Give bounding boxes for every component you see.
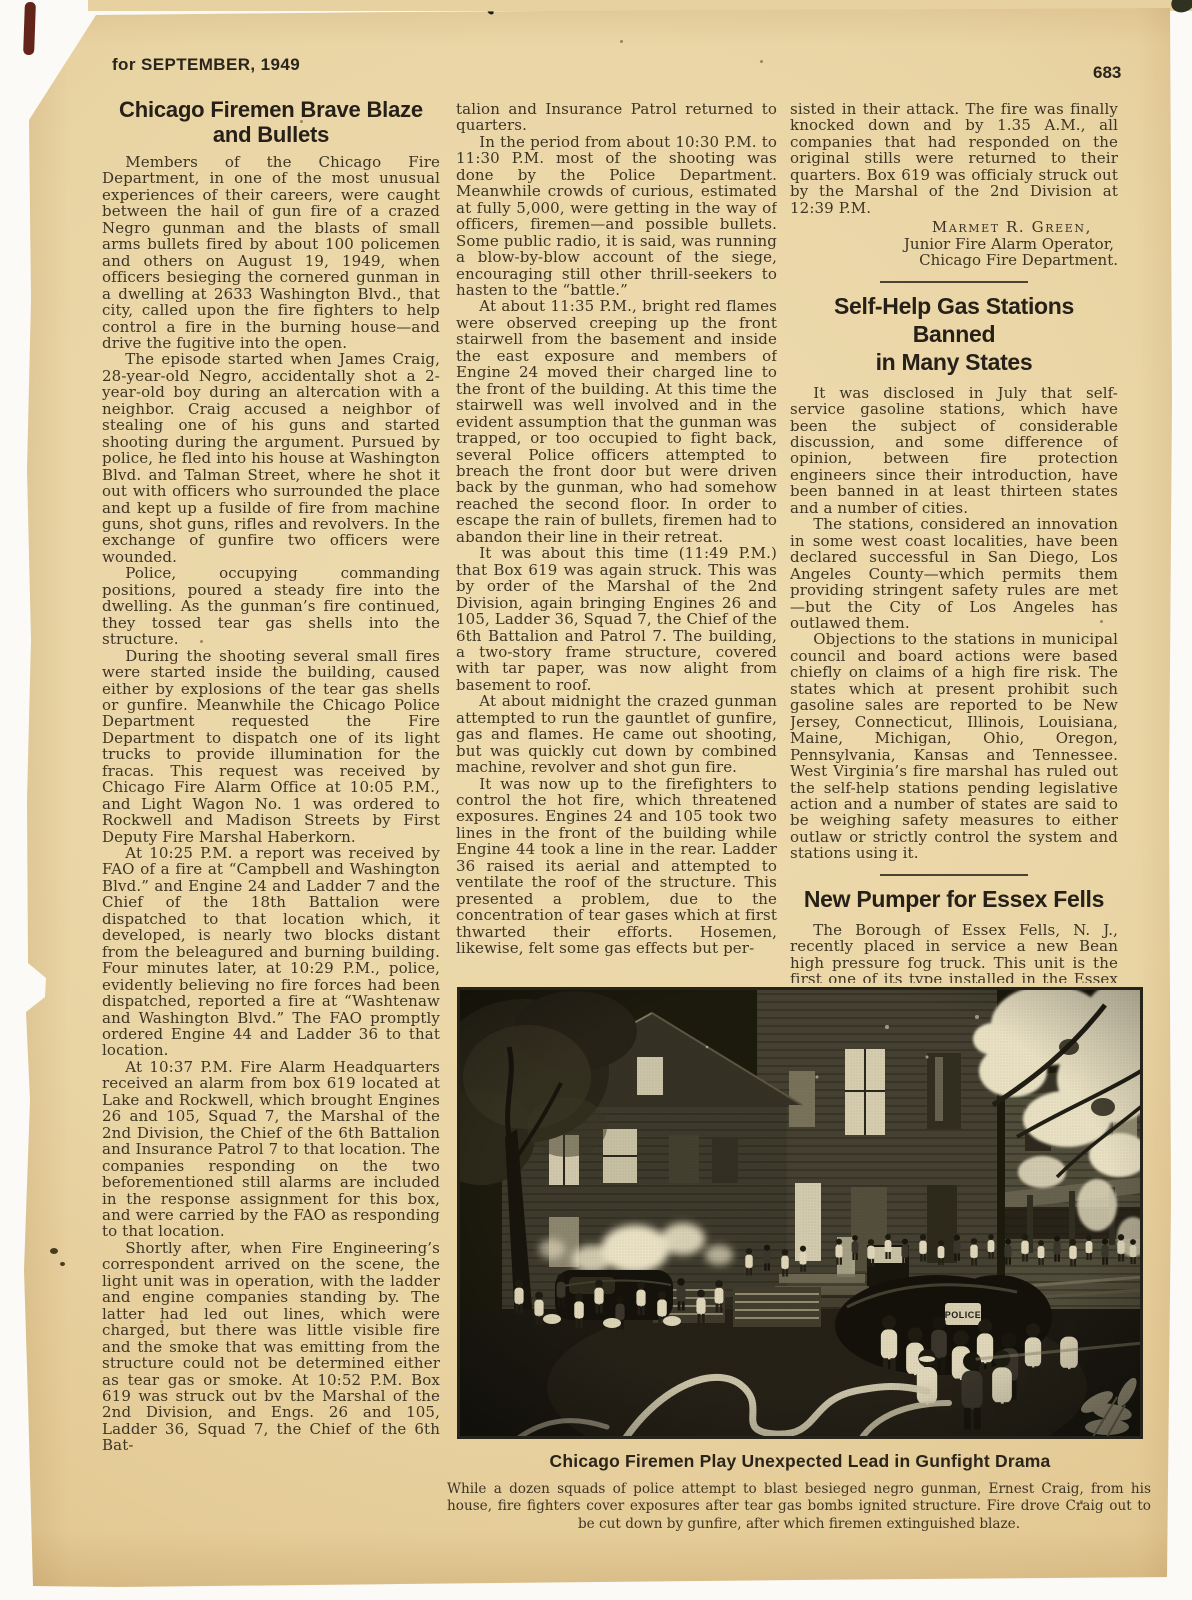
paragraph: The stations, considered an innovation i… — [790, 516, 1118, 631]
signature-organization: Chicago Fire Department. — [790, 252, 1118, 269]
article-title-gas-stations: Self-Help Gas Stations Bannedin Many Sta… — [790, 292, 1118, 376]
magazine-page: for SEPTEMBER, 1949 683 Chicago Firemen … — [0, 0, 1192, 1600]
paragraph: Shortly after, when Fire Engineering’s c… — [102, 1240, 440, 1454]
paragraph: At about midnight the crazed gunman atte… — [456, 693, 777, 775]
signature-name: Marmet R. Green, — [790, 219, 1118, 236]
gas-title-line2: in Many States — [876, 349, 1033, 375]
paper-dot — [620, 40, 623, 43]
signature-role: Junior Fire Alarm Operator, — [790, 236, 1118, 253]
column-2: talion and Insurance Patrol returned to … — [456, 101, 777, 983]
paragraph: At 10:37 P.M. Fire Alarm Headquarters re… — [102, 1059, 440, 1240]
column-3: sisted in their attack. The fire was fin… — [790, 101, 1118, 983]
section-divider — [880, 874, 1028, 876]
photo-caption-title: Chicago Firemen Play Unexpected Lead in … — [457, 1451, 1143, 1472]
paragraph: It was disclosed in July that self-servi… — [790, 385, 1118, 517]
issue-line: for SEPTEMBER, 1949 — [112, 55, 300, 75]
section-divider — [880, 281, 1028, 283]
gas-title-line1: Self-Help Gas Stations Banned — [834, 293, 1074, 347]
paragraph: The Borough of Essex Fells, N. J., recen… — [790, 922, 1118, 983]
ink-speck — [60, 1262, 65, 1266]
article-title-line2: and Bullets — [213, 122, 329, 147]
article-title-line1: Chicago Firemen Brave Blaze — [119, 97, 423, 122]
paragraph: During the shooting several small fires … — [102, 648, 440, 845]
paragraph: Objections to the stations in municipal … — [790, 631, 1118, 861]
paragraph: Police, occupying commanding positions, … — [102, 565, 440, 647]
paragraph: sisted in their attack. The fire was fin… — [790, 101, 1118, 216]
fire-scene-illustration: POLICE — [457, 987, 1143, 1439]
paragraph: It was now up to the firefighters to con… — [456, 776, 777, 957]
article-title-fire: Chicago Firemen Brave Blazeand Bullets — [102, 97, 440, 147]
photo-caption-body: While a dozen squads of police attempt t… — [447, 1481, 1151, 1533]
paper-dot — [760, 60, 763, 63]
paragraph: Members of the Chicago Fire Department, … — [102, 154, 440, 351]
paragraph: In the period from about 10:30 P.M. to 1… — [456, 134, 777, 299]
article-title-pumper: New Pumper for Essex Fells — [790, 885, 1118, 913]
paragraph: At 10:25 P.M. a report was received by F… — [102, 845, 440, 1059]
page-number: 683 — [1093, 63, 1121, 83]
column-1: Chicago Firemen Brave Blazeand Bullets M… — [102, 97, 440, 1521]
paragraph: At about 11:35 P.M., bright red flames w… — [456, 298, 777, 545]
paragraph: The episode started when James Craig, 28… — [102, 351, 440, 565]
ink-speck — [50, 1248, 58, 1254]
paragraph: It was about this time (11:49 P.M.) that… — [456, 545, 777, 693]
signature-block: Marmet R. Green, Junior Fire Alarm Opera… — [790, 219, 1118, 269]
magazine-scan: for SEPTEMBER, 1949 683 Chicago Firemen … — [0, 0, 1192, 1600]
red-ink-smudge — [23, 2, 36, 55]
paragraph: talion and Insurance Patrol returned to … — [456, 101, 777, 134]
news-photograph: POLICE — [457, 987, 1143, 1439]
